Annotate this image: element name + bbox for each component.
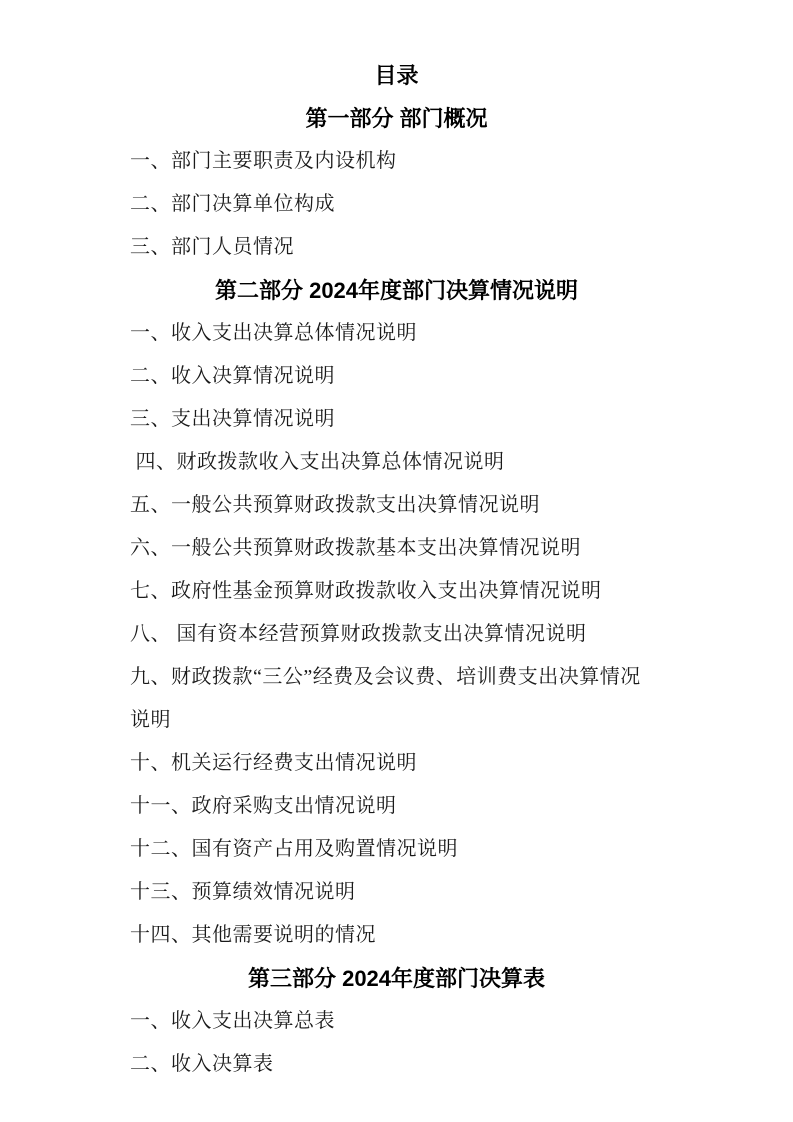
toc-item: 三、支出决算情况说明 — [130, 398, 645, 441]
toc-item: 一、部门主要职责及内设机构 — [130, 140, 645, 183]
toc-item: 四、财政拨款收入支出决算总体情况说明 — [130, 441, 645, 484]
section-heading-3: 第三部分 2024年度部门决算表 — [130, 957, 663, 1000]
toc-item: 六、一般公共预算财政拨款基本支出决算情况说明 — [130, 527, 645, 570]
toc-title: 目录 — [130, 54, 663, 97]
toc-item: 五、一般公共预算财政拨款支出决算情况说明 — [130, 484, 645, 527]
toc-item: 十三、预算绩效情况说明 — [130, 871, 645, 914]
toc-item: 十、机关运行经费支出情况说明 — [130, 742, 645, 785]
toc-item: 八、 国有资本经营预算财政拨款支出决算情况说明 — [130, 613, 645, 656]
toc-item: 二、收入决算情况说明 — [130, 355, 645, 398]
toc-item: 九、财政拨款“三公”经费及会议费、培训费支出决算情况说明 — [130, 656, 645, 742]
toc-item: 二、部门决算单位构成 — [130, 183, 645, 226]
toc-page: 目录 第一部分 部门概况一、部门主要职责及内设机构二、部门决算单位构成三、部门人… — [0, 0, 793, 1122]
section-heading-1: 第一部分 部门概况 — [130, 97, 663, 140]
toc-item: 一、收入支出决算总体情况说明 — [130, 312, 645, 355]
toc-item: 一、收入支出决算总表 — [130, 1000, 645, 1043]
toc-item: 十二、国有资产占用及购置情况说明 — [130, 828, 645, 871]
toc-item: 七、政府性基金预算财政拨款收入支出决算情况说明 — [130, 570, 645, 613]
toc-item: 十四、其他需要说明的情况 — [130, 914, 645, 957]
toc-item: 十一、政府采购支出情况说明 — [130, 785, 645, 828]
toc-sections: 第一部分 部门概况一、部门主要职责及内设机构二、部门决算单位构成三、部门人员情况… — [130, 97, 645, 1086]
toc-item: 二、收入决算表 — [130, 1043, 645, 1086]
toc-item: 三、部门人员情况 — [130, 226, 645, 269]
section-heading-2: 第二部分 2024年度部门决算情况说明 — [130, 269, 663, 312]
